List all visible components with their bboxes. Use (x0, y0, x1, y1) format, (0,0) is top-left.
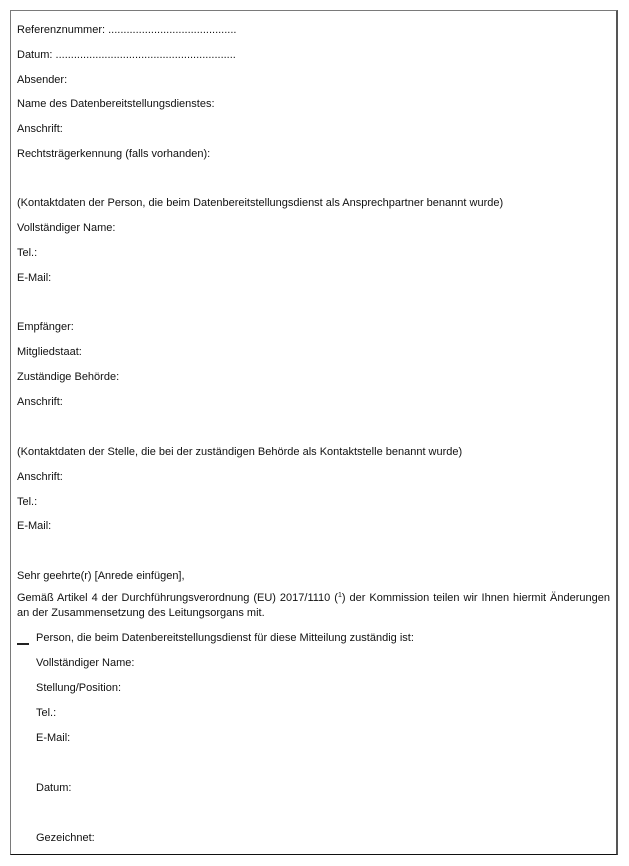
authority-label: Zuständige Behörde: (17, 370, 119, 384)
responsible-person-item: Person, die beim Datenbereitstellungsdie… (36, 631, 414, 645)
sender-heading: Absender: (17, 73, 67, 87)
reference-number-field: Referenznummer: ........................… (17, 23, 236, 37)
signature-date-label: Datum: (36, 781, 71, 795)
date-field: Datum: .................................… (17, 48, 236, 62)
sender-contact-note: (Kontaktdaten der Person, die beim Daten… (17, 196, 503, 210)
recipient-heading: Empfänger: (17, 320, 74, 334)
sender-address-label: Anschrift: (17, 122, 63, 136)
responsible-phone-label: Tel.: (36, 706, 56, 720)
responsible-position-label: Stellung/Position: (36, 681, 121, 695)
responsible-email-label: E-Mail: (36, 731, 70, 745)
salutation: Sehr geehrte(r) [Anrede einfügen], (17, 569, 185, 583)
recipient-contact-address-label: Anschrift: (17, 470, 63, 484)
sender-full-name-label: Vollständiger Name: (17, 221, 115, 235)
sender-email-label: E-Mail: (17, 271, 51, 285)
document-frame (10, 10, 618, 855)
reference-number-placeholder[interactable]: ........................................… (108, 24, 236, 36)
recipient-address-label: Anschrift: (17, 395, 63, 409)
recipient-phone-label: Tel.: (17, 495, 37, 509)
recipient-email-label: E-Mail: (17, 519, 51, 533)
signed-label: Gezeichnet: (36, 831, 95, 845)
date-label: Datum: (17, 49, 52, 61)
lei-label: Rechtsträgerkennung (falls vorhanden): (17, 147, 210, 161)
reference-number-label: Referenznummer: (17, 24, 105, 36)
sender-phone-label: Tel.: (17, 246, 37, 260)
service-name-label: Name des Datenbereitstellungsdienstes: (17, 97, 215, 111)
date-placeholder[interactable]: ........................................… (56, 49, 236, 61)
member-state-label: Mitgliedstaat: (17, 345, 82, 359)
list-dash-icon (17, 643, 29, 645)
recipient-contact-note: (Kontaktdaten der Stelle, die bei der zu… (17, 445, 462, 459)
letter-body: Gemäß Artikel 4 der Durchführungsverordn… (17, 591, 610, 621)
responsible-full-name-label: Vollständiger Name: (36, 656, 134, 670)
body-text-before-ref: Gemäß Artikel 4 der Durchführungsverordn… (17, 592, 338, 604)
